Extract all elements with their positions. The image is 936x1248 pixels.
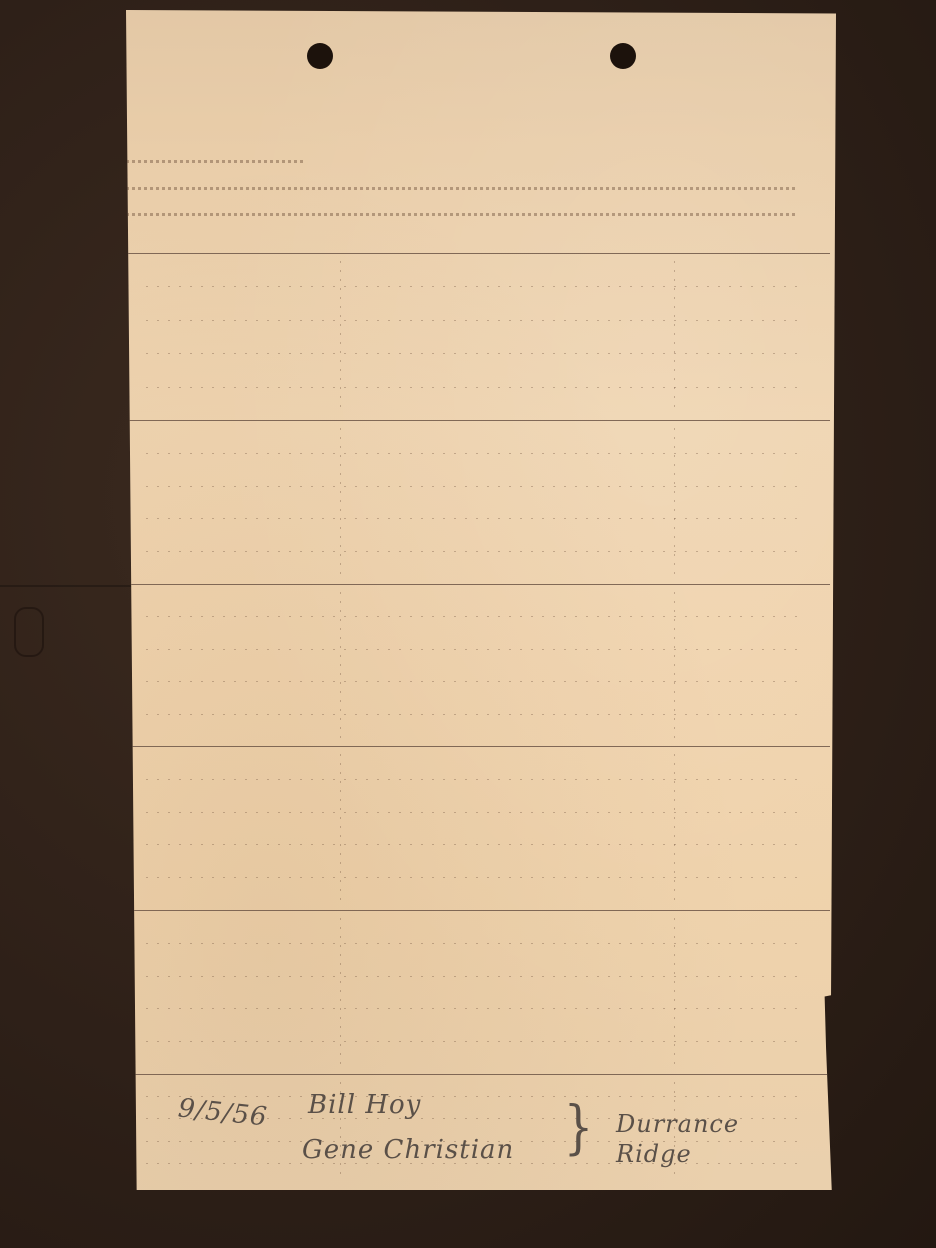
dotted-column-line	[340, 1082, 341, 1177]
dotted-column-line	[674, 1082, 675, 1177]
dotted-column-line	[674, 261, 675, 412]
entry-brace: }	[564, 1098, 594, 1156]
dotted-guide-line	[146, 1096, 806, 1097]
entry-name-2: Gene Christian	[302, 1135, 514, 1165]
dotted-guide-line	[146, 649, 806, 650]
entry-name-1: Bill Hoy	[308, 1090, 421, 1120]
dotted-guide-line	[146, 976, 806, 977]
faded-header-line	[126, 160, 306, 163]
dotted-column-line	[340, 918, 341, 1066]
dotted-guide-line	[146, 551, 806, 552]
dotted-column-line	[340, 754, 341, 902]
dotted-column-line	[674, 754, 675, 902]
punch-hole-right	[610, 43, 636, 69]
dotted-guide-line	[146, 1041, 806, 1042]
dotted-column-line	[674, 592, 675, 738]
faded-header-line	[126, 213, 796, 216]
dotted-guide-line	[146, 714, 806, 715]
dotted-column-line	[340, 428, 341, 576]
dotted-guide-line	[146, 353, 806, 354]
entry-location-1: Durrance	[616, 1110, 739, 1138]
dotted-guide-line	[146, 779, 806, 780]
dotted-guide-line	[146, 943, 806, 944]
dotted-guide-line	[146, 286, 806, 287]
dotted-column-line	[340, 261, 341, 412]
paper-sheet: 9/5/56 Bill Hoy Gene Christian } Durranc…	[126, 10, 836, 1190]
dotted-guide-line	[146, 844, 806, 845]
dotted-guide-line	[146, 453, 806, 454]
dotted-guide-line	[146, 616, 806, 617]
dotted-guide-line	[146, 1008, 806, 1009]
dotted-guide-line	[146, 1141, 806, 1142]
background-crease	[0, 585, 140, 587]
section-rule	[128, 910, 830, 911]
dotted-guide-line	[146, 486, 806, 487]
section-rule	[128, 746, 830, 747]
dotted-column-line	[674, 918, 675, 1066]
entry-date: 9/5/56	[177, 1093, 269, 1132]
dotted-guide-line	[146, 877, 806, 878]
dotted-guide-line	[146, 1163, 806, 1164]
dotted-guide-line	[146, 387, 806, 388]
dotted-guide-line	[146, 812, 806, 813]
dotted-guide-line	[146, 681, 806, 682]
dotted-column-line	[674, 428, 675, 576]
section-rule	[128, 253, 830, 254]
punch-hole-left	[307, 43, 333, 69]
section-rule	[128, 1074, 830, 1075]
dotted-guide-line	[146, 518, 806, 519]
entry-location-2: Ridge	[616, 1140, 692, 1168]
section-rule	[128, 420, 830, 421]
dotted-guide-line	[146, 1118, 806, 1119]
faded-header-line	[126, 187, 796, 190]
section-rule	[128, 584, 830, 585]
dotted-guide-line	[146, 320, 806, 321]
background-clip-impression	[14, 607, 44, 657]
dotted-column-line	[340, 592, 341, 738]
